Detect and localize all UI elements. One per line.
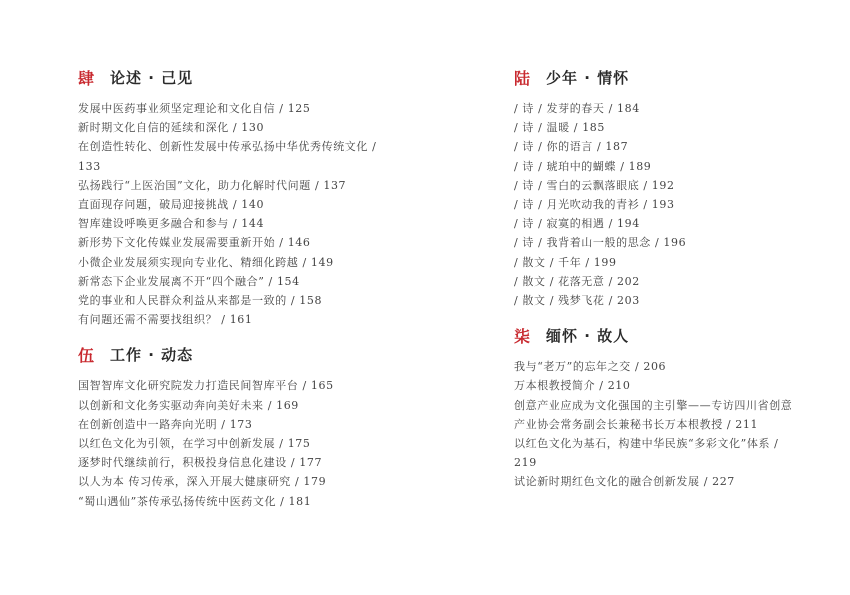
toc-entry[interactable]: 以红色文化为引领，在学习中创新发展 / 175 <box>78 434 378 453</box>
toc-entry[interactable]: 以创新和文化务实驱动奔向美好未来 / 169 <box>78 396 378 415</box>
toc-entry[interactable]: 在创造性转化、创新性发展中传承弘扬中华优秀传统文化 / 133 <box>78 137 378 175</box>
toc-entry[interactable]: 弘扬践行“上医治国”文化，助力化解时代问题 / 137 <box>78 176 378 195</box>
section-numeral: 肆 <box>78 66 110 89</box>
section-numeral: 伍 <box>78 343 110 366</box>
toc-entry[interactable]: / 诗 / 寂寞的相遇 / 194 <box>514 214 799 233</box>
section-numeral: 柒 <box>514 324 546 347</box>
toc-entry[interactable]: 党的事业和人民群众利益从来都是一致的 / 158 <box>78 291 378 310</box>
toc-entry[interactable]: / 散文 / 千年 / 199 <box>514 253 799 272</box>
toc-entry[interactable]: 发展中医药事业须坚定理论和文化自信 / 125 <box>78 99 378 118</box>
section-heading: 柒 缅怀 · 故人 <box>514 324 799 346</box>
toc-entry[interactable]: 新形势下文化传媒业发展需要重新开始 / 146 <box>78 233 378 252</box>
toc-entry[interactable]: 逐梦时代继续前行，积极投身信息化建设 / 177 <box>78 453 378 472</box>
toc-entry[interactable]: 直面现存问题，破局迎接挑战 / 140 <box>78 195 378 214</box>
toc-entry[interactable]: 小微企业发展须实现向专业化、精细化跨越 / 149 <box>78 253 378 272</box>
section-numeral: 陆 <box>514 66 546 89</box>
section-heading: 伍 工作 · 动态 <box>78 343 378 365</box>
toc-entry[interactable]: / 散文 / 花落无意 / 202 <box>514 272 799 291</box>
toc-entry[interactable]: / 诗 / 月光吹动我的青衫 / 193 <box>514 195 799 214</box>
toc-entry[interactable]: / 诗 / 雪白的云飘落眼底 / 192 <box>514 176 799 195</box>
section-title: 工作 · 动态 <box>110 344 193 365</box>
toc-entry[interactable]: 以人为本 传习传承，深入开展大健康研究 / 179 <box>78 472 378 491</box>
section-4: 肆 论述 · 己见 发展中医药事业须坚定理论和文化自信 / 125 新时期文化自… <box>78 66 378 329</box>
toc-entry[interactable]: 在创新创造中一路奔向光明 / 173 <box>78 415 378 434</box>
section-5: 伍 工作 · 动态 国智智库文化研究院发力打造民间智库平台 / 165 以创新和… <box>78 343 378 510</box>
section-6: 陆 少年 · 情怀 / 诗 / 发芽的春天 / 184 / 诗 / 温暖 / 1… <box>514 66 799 310</box>
toc-entry[interactable]: / 诗 / 琥珀中的蝴蝶 / 189 <box>514 157 799 176</box>
toc-entry[interactable]: / 诗 / 发芽的春天 / 184 <box>514 99 799 118</box>
section-7: 柒 缅怀 · 故人 我与“老万”的忘年之交 / 206 万本根教授简介 / 21… <box>514 324 799 491</box>
left-column: 肆 论述 · 己见 发展中医药事业须坚定理论和文化自信 / 125 新时期文化自… <box>78 66 378 525</box>
section-title: 少年 · 情怀 <box>546 67 629 88</box>
toc-entry[interactable]: 创意产业应成为文化强国的主引擎——专访四川省创意产业协会常务副会长兼秘书长万本根… <box>514 396 799 434</box>
toc-entry[interactable]: 以红色文化为基石，构建中华民族“多彩文化”体系 / 219 <box>514 434 799 472</box>
toc-entry[interactable]: 新时期文化自信的延续和深化 / 130 <box>78 118 378 137</box>
toc-entry[interactable]: / 诗 / 我背着山一般的思念 / 196 <box>514 233 799 252</box>
toc-entry[interactable]: / 诗 / 你的语言 / 187 <box>514 137 799 156</box>
toc-entry[interactable]: 试论新时期红色文化的融合创新发展 / 227 <box>514 472 799 491</box>
toc-entry[interactable]: 智库建设呼唤更多融合和参与 / 144 <box>78 214 378 233</box>
toc-entry[interactable]: / 散文 / 残梦飞花 / 203 <box>514 291 799 310</box>
toc-entry[interactable]: 有问题还需不需要找组织？ / 161 <box>78 310 378 329</box>
toc-entry[interactable]: 国智智库文化研究院发力打造民间智库平台 / 165 <box>78 376 378 395</box>
section-title: 缅怀 · 故人 <box>546 325 629 346</box>
toc-entry[interactable]: 新常态下企业发展离不开“四个融合” / 154 <box>78 272 378 291</box>
toc-entry[interactable]: / 诗 / 温暖 / 185 <box>514 118 799 137</box>
toc-entry[interactable]: “蜀山遇仙”茶传承弘扬传统中医药文化 / 181 <box>78 492 378 511</box>
section-heading: 陆 少年 · 情怀 <box>514 66 799 88</box>
toc-entry[interactable]: 我与“老万”的忘年之交 / 206 <box>514 357 799 376</box>
section-heading: 肆 论述 · 己见 <box>78 66 378 88</box>
toc-entry[interactable]: 万本根教授简介 / 210 <box>514 376 799 395</box>
right-column: 陆 少年 · 情怀 / 诗 / 发芽的春天 / 184 / 诗 / 温暖 / 1… <box>514 66 799 506</box>
section-title: 论述 · 己见 <box>110 67 193 88</box>
